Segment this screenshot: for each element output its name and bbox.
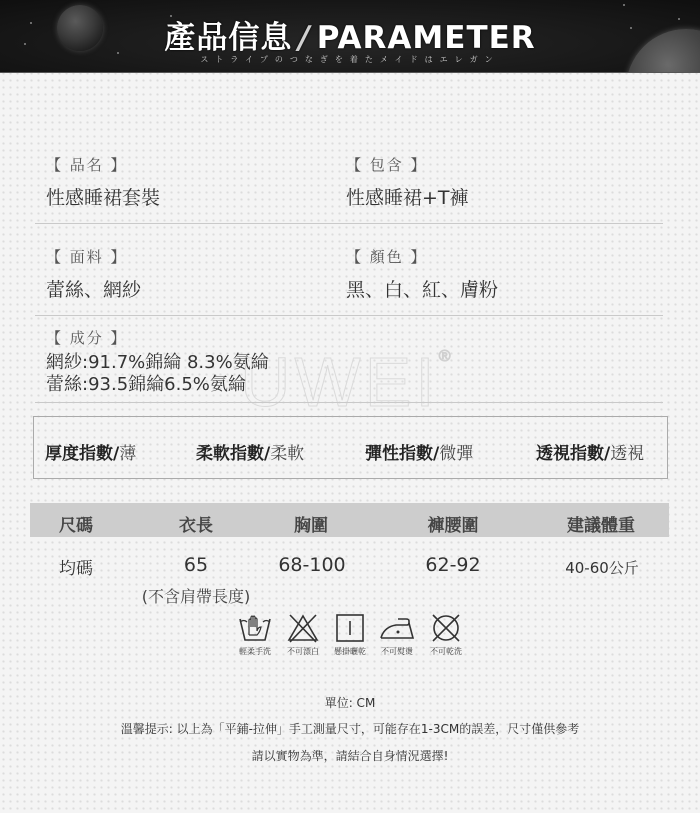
header-weight: 建議體重 [567, 511, 635, 536]
divider [35, 402, 663, 403]
composition-line: 網紗:91.7%錦綸 8.3%氨綸 [46, 352, 269, 374]
field-label: 【 顏色 】 [346, 246, 498, 267]
hang-dry-icon [333, 613, 367, 643]
field-label: 【 成分 】 [46, 327, 269, 348]
index-value: 微彈 [439, 444, 473, 464]
care-no-iron: 不可熨燙 [372, 613, 422, 657]
field-colors: 【 顏色 】 黑、白、紅、膚粉 [346, 246, 498, 302]
choose-note: 請以實物為準，請結合自身情況選擇! [0, 747, 700, 764]
length-note: (不含肩帶長度) [142, 584, 251, 607]
index-name: 厚度指數/ [45, 444, 119, 464]
field-label: 【 面料 】 [46, 246, 141, 267]
composition-line: 蕾絲:93.5錦綸6.5%氨綸 [46, 374, 269, 396]
field-value: 黑、白、紅、膚粉 [346, 275, 498, 302]
cell-bust: 68-100 [278, 554, 345, 576]
page-subtitle: ストライプのつなぎを着たメイドはエレガン [0, 54, 700, 65]
field-value: 性感睡裙+T褲 [346, 183, 469, 210]
header-bust: 胸圍 [294, 511, 328, 536]
field-composition: 【 成分 】 網紗:91.7%錦綸 8.3%氨綸 蕾絲:93.5錦綸6.5%氨綸 [46, 327, 269, 396]
no-dry-clean-icon [429, 613, 463, 643]
hand-wash-icon [238, 613, 272, 643]
header-waist: 褲腰圍 [428, 511, 479, 536]
care-no-dry-clean: 不可乾洗 [421, 613, 471, 657]
index-value: 透視 [610, 444, 644, 464]
field-product-name: 【 品名 】 性感睡裙套裝 [46, 154, 160, 210]
registered-mark: ® [439, 348, 455, 365]
field-value: 網紗:91.7%錦綸 8.3%氨綸 蕾絲:93.5錦綸6.5%氨綸 [46, 352, 269, 396]
no-iron-icon [378, 613, 416, 643]
field-label: 【 品名 】 [46, 154, 160, 175]
title-english: PARAMETER [317, 20, 536, 56]
index-softness: 柔軟指數/柔軟 [196, 439, 304, 464]
care-no-bleach: 不可漂白 [278, 613, 328, 657]
care-hang-dry: 懸掛曬乾 [325, 613, 375, 657]
index-elasticity: 彈性指數/微彈 [365, 439, 473, 464]
cell-weight: 40-60公斤 [565, 557, 639, 578]
measurement-tip: 溫馨提示: 以上為「平鋪-拉伸」手工測量尺寸，可能存在1-3CM的誤差，尺寸僅供… [0, 720, 700, 737]
header-banner: 產品信息/PARAMETER ストライプのつなぎを着たメイドはエレガン [0, 0, 700, 73]
header-length: 衣長 [179, 511, 213, 536]
care-hand-wash: 輕柔手洗 [230, 613, 280, 657]
unit-note: 單位: CM [0, 694, 700, 711]
size-table-header: 尺碼 衣長 胸圍 褲腰圍 建議體重 [30, 503, 669, 537]
page-title: 產品信息/PARAMETER [0, 12, 700, 57]
cell-size: 均碼 [59, 554, 93, 579]
index-thickness: 厚度指數/薄 [45, 439, 136, 464]
field-material: 【 面料 】 蕾絲、網紗 [46, 246, 141, 302]
index-name: 柔軟指數/ [196, 444, 270, 464]
no-bleach-icon [286, 613, 320, 643]
title-slash: / [298, 20, 310, 56]
watermark-text: UWEI [240, 343, 439, 421]
care-label: 懸掛曬乾 [325, 646, 375, 657]
star-decoration [623, 4, 625, 6]
cell-waist: 62-92 [425, 554, 480, 576]
brand-watermark: UWEI® [240, 342, 455, 422]
field-label: 【 包含 】 [346, 154, 469, 175]
field-includes: 【 包含 】 性感睡裙+T褲 [346, 154, 469, 210]
index-name: 彈性指數/ [365, 444, 439, 464]
care-label: 不可漂白 [278, 646, 328, 657]
cell-length: 65 [184, 554, 208, 576]
header-size: 尺碼 [59, 511, 93, 536]
fabric-index-box: 厚度指數/薄 柔軟指數/柔軟 彈性指數/微彈 透視指數/透視 [33, 416, 668, 479]
title-chinese: 產品信息 [164, 20, 292, 56]
field-value: 性感睡裙套裝 [46, 183, 160, 210]
divider [35, 223, 663, 224]
index-value: 柔軟 [270, 444, 304, 464]
care-label: 不可熨燙 [372, 646, 422, 657]
index-name: 透視指數/ [536, 444, 610, 464]
index-value: 薄 [119, 444, 136, 464]
index-transparency: 透視指數/透視 [536, 439, 644, 464]
care-label: 輕柔手洗 [230, 646, 280, 657]
care-label: 不可乾洗 [421, 646, 471, 657]
field-value: 蕾絲、網紗 [46, 275, 141, 302]
divider [35, 315, 663, 316]
